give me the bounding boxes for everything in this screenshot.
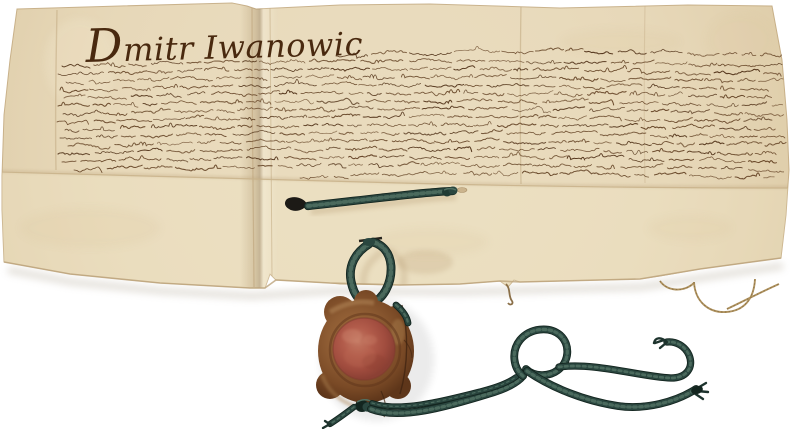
heading-initial: D: [84, 18, 124, 73]
cord-knot-tail: [330, 407, 354, 424]
cord-end-upper: [559, 342, 691, 378]
cord-loop-top-twist: [363, 238, 375, 246]
charter-photograph: Dmitr Iwanowic: [0, 0, 790, 429]
seal-center-disc: [333, 318, 395, 380]
small-thread-fragment: [506, 284, 513, 304]
charter-canvas: Dmitr Iwanowic: [0, 0, 790, 429]
right-cord-hole: [457, 188, 467, 193]
